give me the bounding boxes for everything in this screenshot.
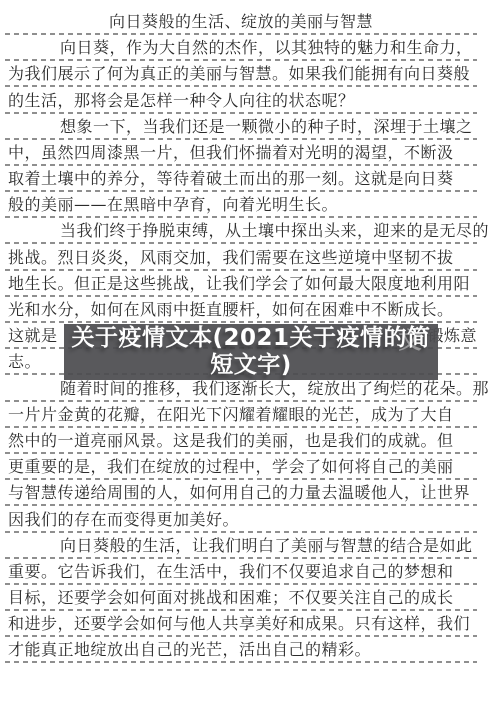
ghost-watermark-char: 文 bbox=[399, 328, 423, 355]
text-line: 目标，还要学会如何面对挑战和困难；不仅要关注自己的成长 bbox=[5, 585, 477, 611]
text-line: 挑战。烈日炎炎，风雨交加，我们需要在这些逆境中坚韧不拔 bbox=[5, 244, 477, 270]
text-line: 才能真正地绽放出自己的光芒，活出自己的精彩。 bbox=[5, 637, 477, 663]
text-line: 地生长。但正是这些挑战，让我们学会了如何最大限度地利用阳 bbox=[5, 271, 477, 297]
overlay-caption-banner[interactable]: 关于疫情文本(2021关于疫情的简短文字) 文 bbox=[64, 324, 438, 380]
essay-title: 向日葵般的生活、绽放的美丽与智慧 bbox=[5, 9, 477, 35]
text-line: 为我们展示了何为真正的美丽与智慧。如果我们能拥有向日葵般 bbox=[5, 61, 477, 87]
text-line: 向日葵，作为大自然的杰作，以其独特的魅力和生命力， bbox=[5, 35, 477, 61]
text-line: 因我们的存在而变得更加美好。 bbox=[5, 506, 477, 532]
text-line: 般的美丽——在黑暗中孕育，向着光明生长。 bbox=[5, 192, 477, 218]
text-line: 然中的一道亮丽风景。这是我们的美丽，也是我们的成就。但 bbox=[5, 428, 477, 454]
text-line: 光和水分，如何在风雨中挺直腰杆，如何在困难中不断成长。 bbox=[5, 297, 477, 323]
text-line: 向日葵般的生活，让我们明白了美丽与智慧的结合是如此 bbox=[5, 533, 477, 559]
text-line: 当我们终于挣脱束缚，从土壤中探出头来，迎来的是无尽的 bbox=[5, 218, 477, 244]
notebook-page: 向日葵般的生活、绽放的美丽与智慧向日葵，作为大自然的杰作，以其独特的魅力和生命力… bbox=[0, 0, 500, 706]
text-line: 与智慧传递给周围的人，如何用自己的力量去温暖他人，让世界 bbox=[5, 480, 477, 506]
text-line: 重要。它告诉我们，在生活中，我们不仅要追求自己的梦想和 bbox=[5, 559, 477, 585]
text-line: 取着土壤中的养分，等待着破土而出的那一刻。这就是向日葵 bbox=[5, 166, 477, 192]
text-line: 中，虽然四周漆黑一片，但我们怀揣着对光明的渴望，不断汲 bbox=[5, 140, 477, 166]
text-line: 和进步，还要学会如何与他人共享美好和成果。只有这样，我们 bbox=[5, 611, 477, 637]
overlay-caption-text: 关于疫情文本(2021关于疫情的简短文字) bbox=[64, 325, 438, 379]
text-line: 想象一下，当我们还是一颗微小的种子时，深埋于土壤之 bbox=[5, 114, 477, 140]
text-line: 的生活，那将会是怎样一种令人向往的状态呢？ bbox=[5, 87, 477, 113]
line-fragment-left: 这就是 bbox=[8, 325, 58, 347]
text-line: 更重要的是，我们在绽放的过程中，学会了如何将自己的美丽 bbox=[5, 454, 477, 480]
text-line: 一片片金黄的花瓣，在阳光下闪耀着耀眼的光芒，成为了大自 bbox=[5, 402, 477, 428]
